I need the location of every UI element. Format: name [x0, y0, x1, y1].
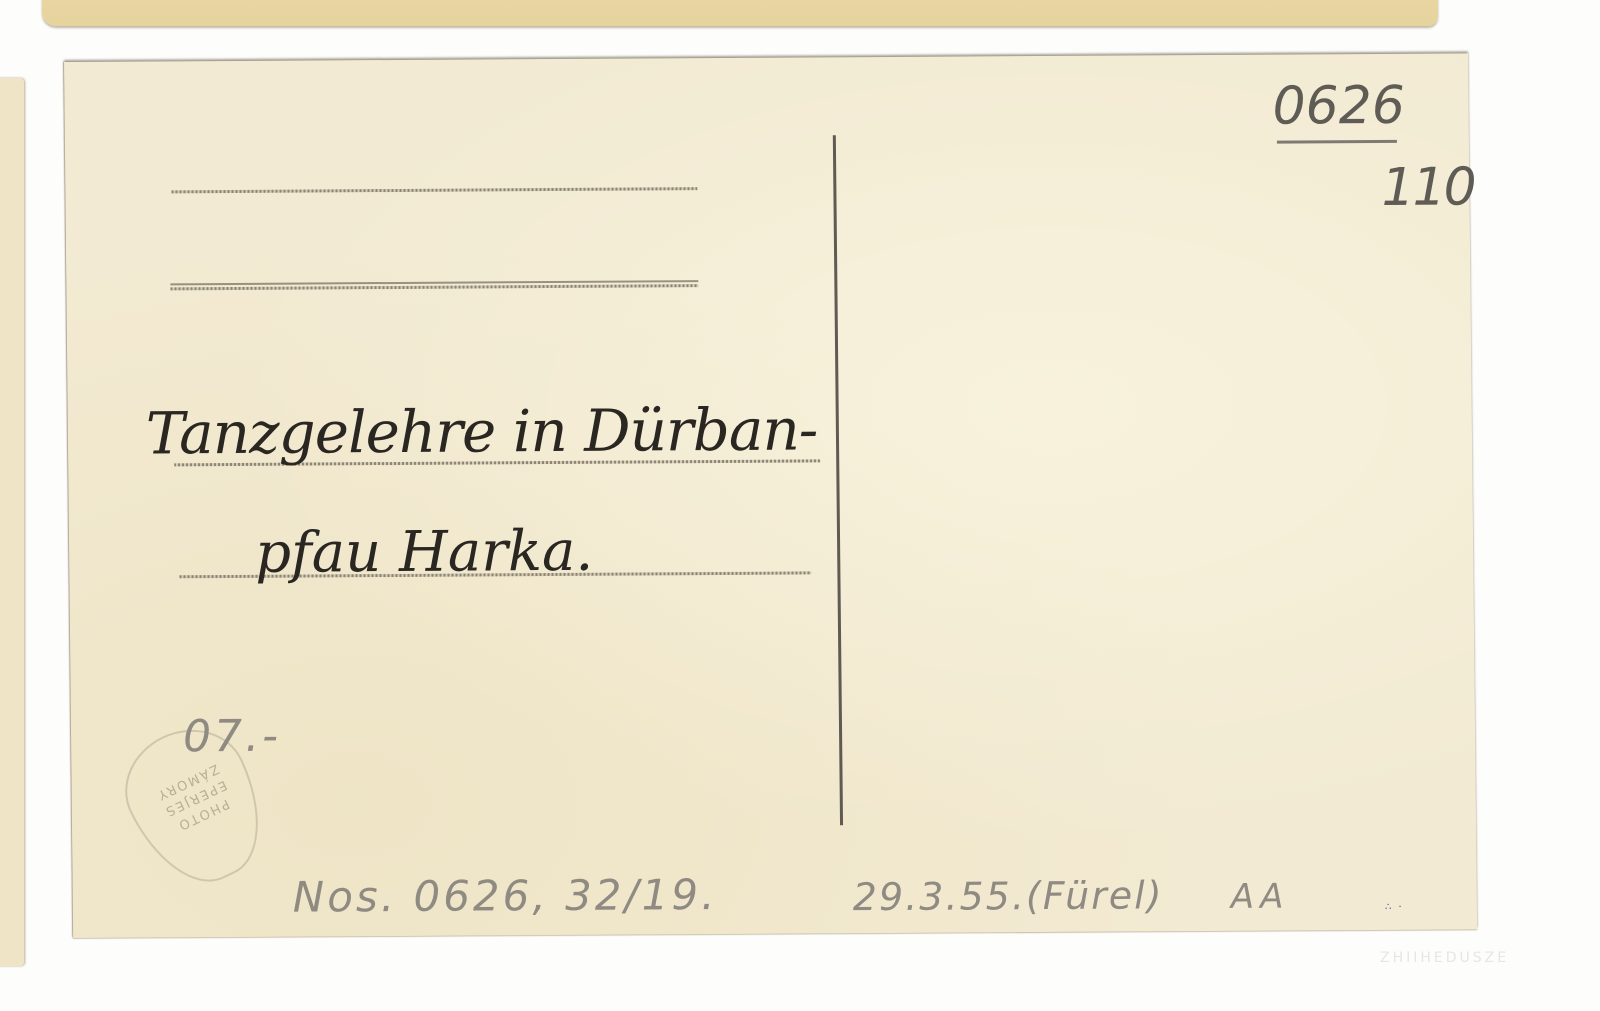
- inventory-number: 0626: [1272, 76, 1405, 137]
- caption-line-2: pfau Harka.: [255, 519, 594, 586]
- center-divider-line: [833, 135, 843, 825]
- secondary-number: 110: [1381, 157, 1475, 218]
- archive-reference: Nos. 0626, 32/19.: [293, 870, 718, 922]
- scan-watermark: ZHIIHEDUSZE: [1380, 950, 1509, 966]
- stamp-text: PHOTO EPERJES ZÁMORY: [143, 754, 248, 841]
- address-line-2: [170, 284, 698, 290]
- caption-line-1: Tanzgelehre in Dürban-: [146, 395, 818, 467]
- pencil-initials: AA: [1231, 877, 1290, 917]
- adjacent-card-top: [42, 0, 1438, 26]
- acquisition-date: 29.3.55.(Fürel): [853, 873, 1164, 919]
- inventory-number-underline: [1277, 140, 1397, 144]
- postcard-back: Tanzgelehre in Dürban- pfau Harka. 0626 …: [64, 53, 1477, 938]
- adjacent-card-left: [0, 78, 24, 966]
- price-mark: 07.-: [183, 711, 281, 763]
- address-line-1: [171, 187, 697, 193]
- purple-ink-mark: ∴ ·: [1385, 902, 1425, 908]
